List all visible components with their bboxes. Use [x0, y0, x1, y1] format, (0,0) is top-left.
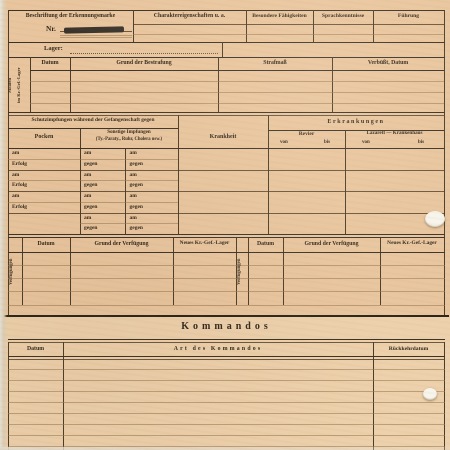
divider-line [70, 238, 71, 305]
divider-line [222, 42, 223, 57]
sonstige-header-line2: (Ty.-Paraty., Ruhr, Cholera usw.) [80, 137, 178, 142]
divider-line [380, 238, 381, 305]
rule-line [8, 191, 445, 192]
sonstige-header-line1: Sonstige Impfungen [80, 130, 178, 136]
rule-line [8, 413, 445, 414]
rule-line [8, 391, 445, 392]
punishments-col-verbuesst: Verbüßt, Datum [332, 60, 444, 66]
rule-line [8, 112, 445, 113]
punishments-col-strafmass: Strafmaß [218, 60, 332, 66]
rule-line [8, 339, 445, 340]
rule-line [8, 128, 178, 129]
kommandos-col-art: Art des Kommandos [63, 346, 373, 352]
sonstige1-row-label: am [84, 150, 91, 156]
scan-edge-left [0, 0, 7, 450]
rule-line [8, 356, 445, 357]
rule-line [60, 35, 132, 36]
rule-line [8, 170, 445, 171]
rule-line [30, 70, 444, 71]
rule-line [8, 380, 445, 381]
rule-line [30, 92, 444, 93]
idtag-box-title: Beschriftung der Erkennungsmarke [8, 13, 133, 19]
rule-line [30, 81, 444, 82]
languages-header: Sprachkenntnisse [313, 13, 373, 19]
idtag-nr-label: Nr. [46, 25, 56, 33]
revier-von-label: von [280, 140, 288, 146]
rule-line [8, 57, 445, 58]
rule-line [8, 234, 445, 235]
punishments-side-label-2: im Kr.-Gef.-Lager [16, 58, 24, 112]
abilities-header: Besondere Fähigkeiten [246, 13, 313, 19]
punishments-col-grund: Grund der Bestrafung [70, 60, 218, 66]
rule-line [8, 359, 445, 360]
traits-header: Charaktereigenschaften u. a. [133, 13, 246, 19]
pocken-row-label: am [12, 150, 19, 156]
sonstige1-row-label: gegen [84, 161, 97, 167]
rule-line [8, 424, 445, 425]
rule-line [133, 24, 444, 25]
conduct-header: Führung [373, 13, 444, 19]
dispositions-left-col-lager: Neues Kr.-Gef.-Lager [173, 241, 236, 247]
handwritten-entry-mark [64, 26, 124, 33]
pocken-header: Pocken [8, 134, 80, 141]
sonstige2-row-label: gegen [130, 161, 143, 167]
card-right-border [444, 10, 445, 316]
card-bottom-edge [1, 315, 449, 317]
bottom-card-paper [0, 317, 450, 450]
sonstige2-row-label: am [130, 172, 137, 178]
punch-hole-top [425, 211, 445, 227]
dispositions-right-col-lager: Neues Kr.-Gef.-Lager [380, 241, 444, 247]
sonstige2-row-label: am [130, 150, 137, 156]
lazarett-bis-label: bis [418, 140, 424, 146]
lazarett-von-label: von [362, 140, 370, 146]
rule-line [8, 369, 445, 370]
sonstige2-row-label: gegen [130, 204, 143, 210]
rule-line [80, 223, 178, 224]
sonstige1-row-label: gegen [84, 204, 97, 210]
kommandos-col-datum: Datum [8, 346, 63, 352]
rule-line [8, 252, 445, 253]
divider-line [248, 238, 249, 305]
divider-line [345, 130, 346, 234]
lager-label: Lager: [44, 45, 63, 52]
divider-line [283, 238, 284, 305]
divider-line [22, 238, 23, 305]
rule-line [8, 180, 178, 181]
dispositions-side-label-left: Verfügungen [9, 240, 18, 303]
kommandos-col-rueckkehr: Rückkehrdatum [373, 346, 444, 352]
fill-in-line [70, 53, 218, 54]
rule-line [8, 10, 445, 11]
sonstige2-row-label: gegen [130, 225, 143, 231]
rule-line [8, 159, 178, 160]
dispositions-side-label-right: Verfügungen [237, 240, 246, 303]
dispositions-left-col-grund: Grund der Verfügung [70, 241, 173, 247]
scanned-form: Beschriftung der Erkennungsmarke Nr. Cha… [0, 0, 450, 450]
sonstige1-row-label: gegen [84, 182, 97, 188]
dispositions-right-col-grund: Grund der Verfügung [283, 241, 380, 247]
sonstige1-row-label: am [84, 215, 91, 221]
kommandos-title: Kommandos [8, 321, 445, 332]
sonstige1-row-label: gegen [84, 225, 97, 231]
rule-line [8, 265, 445, 266]
revier-header: Revier [268, 131, 345, 137]
vaccination-span-header: Schutzimpfungen während der Gefangenscha… [8, 118, 178, 124]
rule-line [8, 342, 445, 343]
pocken-row-label: Erfolg [12, 161, 27, 167]
pocken-row-label: am [12, 193, 19, 199]
rule-line [8, 148, 445, 149]
dispositions-right-col-datum: Datum [248, 241, 283, 247]
illness-span-header: Erkrankungen [268, 119, 444, 126]
revier-bis-label: bis [324, 140, 330, 146]
sonstige2-row-label: am [130, 215, 137, 221]
lazarett-header: Lazarett — Krankenhaus [345, 131, 444, 137]
rule-line [8, 202, 178, 203]
divider-line [173, 238, 174, 305]
punishments-col-datum: Datum [30, 60, 70, 66]
pocken-row-label: Erfolg [12, 204, 27, 210]
pocken-row-label: Erfolg [12, 182, 27, 188]
rule-line [8, 305, 445, 306]
dispositions-left-col-datum: Datum [22, 241, 70, 247]
punch-hole-bottom [423, 388, 437, 400]
rule-line [8, 213, 445, 214]
sonstige2-row-label: am [130, 193, 137, 199]
sonstige1-row-label: am [84, 172, 91, 178]
rule-line [8, 435, 445, 436]
rule-line [8, 402, 445, 403]
rule-line [8, 278, 445, 279]
rule-line [60, 37, 132, 38]
krankheit-header: Krankheit [178, 134, 268, 141]
rule-line [30, 103, 444, 104]
rule-line [8, 115, 445, 116]
rule-line [8, 42, 445, 43]
pocken-row-label: am [12, 172, 19, 178]
punishments-side-label-1: Strafen [8, 58, 16, 112]
rule-line [8, 291, 445, 292]
sonstige1-row-label: am [84, 193, 91, 199]
sonstige2-row-label: gegen [130, 182, 143, 188]
divider-line [178, 115, 179, 234]
rule-line [133, 34, 444, 35]
